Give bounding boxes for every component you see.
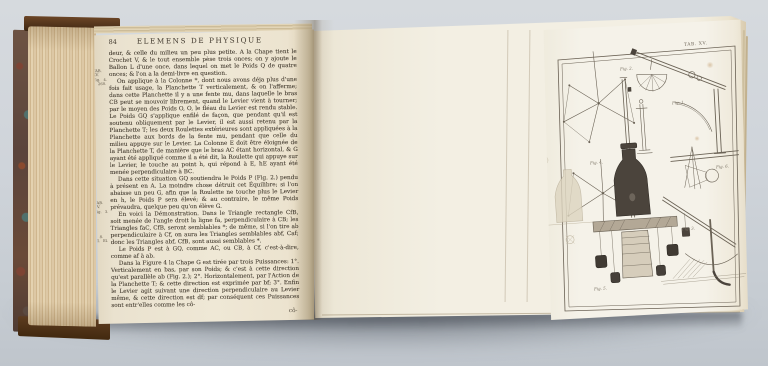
figure-label: Fig. 4.	[590, 160, 603, 166]
paragraph: On applique à la Colonne *, dont nous av…	[109, 77, 298, 177]
inclined-lever-apparatus	[652, 144, 747, 290]
margin-note: * 8. VI. El.	[95, 235, 109, 244]
bottle-balance-apparatus	[534, 75, 681, 288]
running-title: ELEMENS DE PHYSIQUE	[117, 35, 283, 46]
paragraph: En voici la Démonstration. Dans le Trian…	[110, 210, 298, 247]
figure-label: Fig. 1.	[672, 100, 685, 106]
text-block: 84 ELEMENS DE PHYSIQUE TAB. XV. Fig. 4. …	[90, 27, 315, 325]
paragraph: deur, & celle du milieu un peu plus peti…	[109, 49, 297, 79]
figure-label: Fig. 5.	[594, 286, 607, 292]
textblock-fore-edge	[28, 26, 96, 327]
page-header: 84 ELEMENS DE PHYSIQUE	[109, 35, 297, 46]
paragraph: Dans cette situation GQ soutiendra le Po…	[110, 175, 298, 212]
figure-label: Fig. 2.	[620, 66, 633, 72]
photo-antique-book: 84 ELEMENS DE PHYSIQUE TAB. XV. Fig. 4. …	[0, 0, 768, 366]
page-left-text: 84 ELEMENS DE PHYSIQUE TAB. XV. Fig. 4. …	[92, 28, 314, 324]
engraved-plate-leaf: TAB. XV. Fig. 1. Fig. 2. Fig. 3. Fig. 4.…	[534, 18, 748, 320]
sphere-diagram	[685, 163, 719, 187]
figure-label: Fig. 6.	[716, 164, 729, 170]
figure-label: Fig. 3.	[682, 226, 695, 232]
gutter-shadow	[294, 20, 334, 320]
paragraph: Dans la Figure 4 la Chape G est tirée pa…	[111, 259, 300, 310]
margin-note: TAB. XV. Fig. 4. * 260.	[93, 69, 107, 87]
page-number: 84	[109, 38, 117, 46]
margin-note: TAB. XV. Fig. 3.	[94, 201, 108, 214]
